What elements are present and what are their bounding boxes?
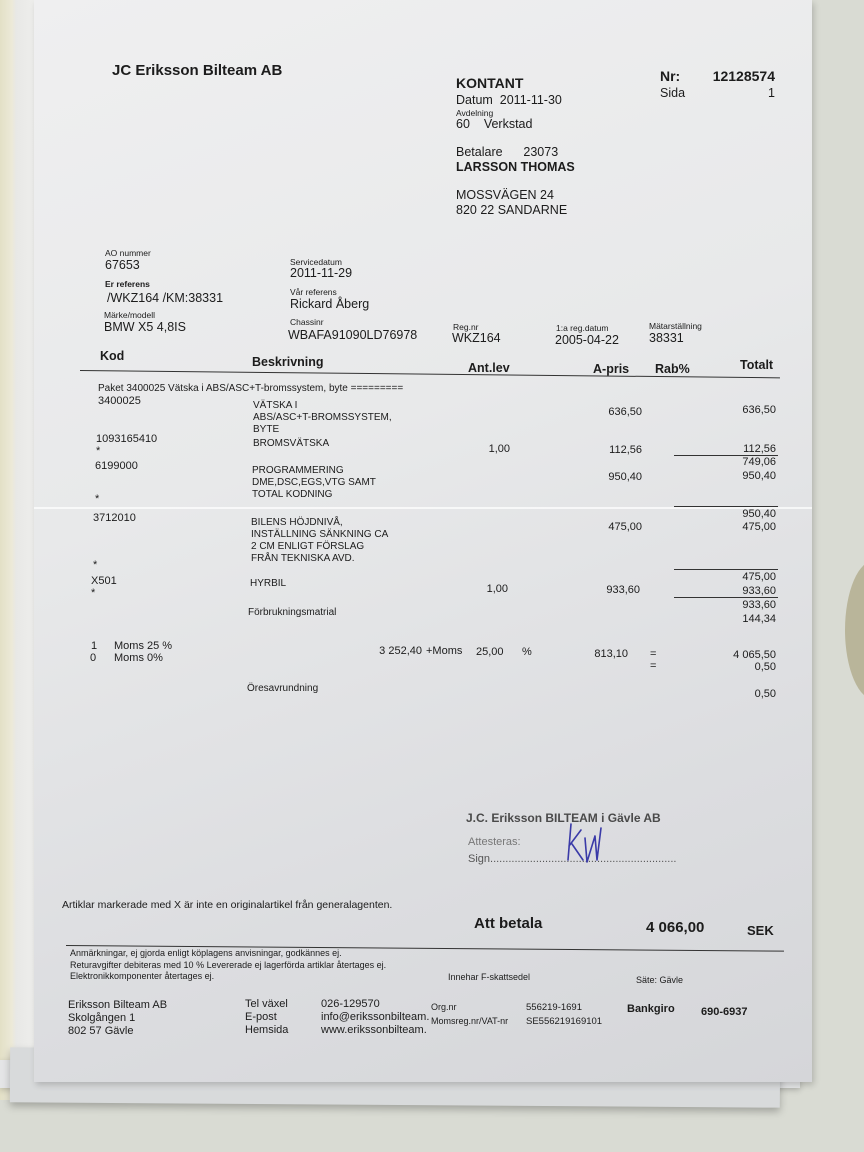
footer-contact-values: 026-129570info@erikssonbilteam.www.eriks…	[321, 998, 429, 1037]
total-label: Att betala	[474, 915, 542, 933]
vat-plus: +Moms	[426, 645, 462, 658]
subtotal-rule	[674, 506, 778, 507]
oresavrundning-label: Öresavrundning	[247, 682, 318, 695]
total-amount: 4 066,00	[646, 919, 704, 937]
signature	[565, 818, 609, 873]
vat-total-2: 0,50	[710, 661, 776, 674]
row-subtotal: 950,40	[710, 508, 776, 521]
row-apris: 636,50	[580, 406, 642, 419]
chassi: WBAFA91090LD76978	[288, 328, 417, 343]
row-totalt: 636,50	[710, 404, 776, 417]
terms-3: Elektronikkomponenter återtages ej.	[70, 971, 214, 982]
datum: Datum 2011-11-30	[456, 93, 562, 108]
row-apris: 933,60	[578, 584, 640, 597]
vat-code-2: 0	[90, 652, 96, 665]
servicedatum: 2011-11-29	[290, 266, 352, 281]
row-mark: *	[96, 445, 100, 458]
row-totalt: 950,40	[710, 470, 776, 483]
address-line-2: 820 22 SANDARNE	[456, 203, 567, 218]
sida: 1	[740, 86, 775, 101]
regnr: WKZ164	[452, 331, 501, 346]
row-mark: *	[95, 493, 99, 506]
vat-nr: SE556219169101	[526, 1016, 602, 1027]
customer-name: LARSSON THOMAS	[456, 160, 575, 175]
er-ref-label: Er referens	[105, 279, 150, 289]
marke: BMW X5 4,8IS	[104, 320, 186, 335]
chassi-label: Chassinr	[290, 317, 324, 327]
bankgiro-label: Bankgiro	[627, 1003, 675, 1016]
col-totalt: Totalt	[740, 358, 773, 373]
row-desc: BROMSVÄTSKA	[253, 438, 329, 450]
oresavrundning: 0,50	[710, 688, 776, 701]
total-currency: SEK	[747, 923, 774, 939]
forbrukning-label: Förbrukningsmatrial	[248, 606, 336, 619]
vat-amount: 813,10	[580, 648, 628, 661]
ao-label: AO nummer	[105, 248, 151, 258]
row-desc: VÄTSKA IABS/ASC+T-BROMSSYSTEM,BYTE	[253, 400, 392, 436]
stamp-attest: Attesteras:	[468, 836, 521, 849]
org-label: Org.nr	[431, 1002, 457, 1013]
invoice-nr-label: Nr:	[660, 68, 680, 85]
row-desc: HYRBIL	[250, 578, 286, 590]
row-mark: *	[91, 587, 95, 600]
row-totalt: 475,00	[710, 521, 776, 534]
row-kod: 3712010	[93, 512, 136, 525]
regdatum: 2005-04-22	[555, 333, 619, 348]
row-kod: 1093165410	[96, 433, 157, 446]
invoice-type: KONTANT	[456, 75, 523, 92]
matar: 38331	[649, 331, 684, 346]
vat-pct: %	[522, 646, 532, 659]
row-kod: 6199000	[95, 460, 138, 473]
var-ref-label: Vår referens	[290, 287, 337, 297]
avdelning: 60 Verkstad	[456, 117, 532, 132]
terms-2: Returavgifter debiteras med 10 % Leverer…	[70, 960, 386, 971]
vat-eq-2: =	[650, 660, 656, 673]
subtotal-rule	[674, 597, 778, 598]
paper-fold	[34, 507, 812, 509]
package-line: Paket 3400025 Vätska i ABS/ASC+T-bromssy…	[98, 382, 403, 395]
vat-rate: 25,00	[476, 646, 504, 659]
row-subtotal: 933,60	[710, 599, 776, 612]
row-apris: 475,00	[580, 521, 642, 534]
row-kod: 3400025	[98, 395, 141, 408]
col-kod: Kod	[100, 349, 124, 364]
sate: Säte: Gävle	[636, 975, 683, 986]
subtotal-rule	[674, 569, 778, 570]
marke-label: Märke/modell	[104, 310, 155, 320]
f-skatt: Innehar F-skattsedel	[448, 972, 530, 983]
row-apris: 950,40	[580, 471, 642, 484]
var-ref: Rickard Åberg	[290, 297, 369, 312]
footer-address: Eriksson Bilteam ABSkolgången 1802 57 Gä…	[68, 999, 167, 1038]
forbrukning: 144,34	[710, 613, 776, 626]
note-x-marked: Artiklar markerade med X är inte en orig…	[62, 899, 392, 912]
vat-base: 3 252,40	[360, 645, 422, 658]
vat-label-2: Moms 0%	[114, 652, 163, 665]
row-mark: *	[93, 559, 97, 572]
footer-contact-labels: Tel växelE-postHemsida	[245, 998, 288, 1037]
background-object	[845, 560, 864, 700]
col-beskrivning: Beskrivning	[252, 355, 324, 370]
terms-1: Anmärkningar, ej gjorda enligt köplagens…	[70, 948, 342, 959]
company-name: JC Eriksson Bilteam AB	[112, 62, 282, 80]
er-ref: /WKZ164 /KM:38331	[107, 291, 223, 306]
row-apris: 112,56	[580, 444, 642, 457]
row-desc: PROGRAMMERINGDME,DSC,EGS,VTG SAMTTOTAL K…	[252, 465, 376, 501]
regdatum-label: 1:a reg.datum	[556, 323, 608, 333]
row-desc: BILENS HÖJDNIVÅ,INSTÄLLNING SÄNKNING CA2…	[251, 517, 388, 565]
row-subtotal: 475,00	[710, 571, 776, 584]
invoice-nr: 12128574	[690, 68, 775, 85]
row-antlev: 1,00	[468, 443, 510, 456]
stamp-company: J.C. Eriksson BILTEAM i Gävle AB	[466, 812, 661, 825]
row-subtotal: 749,06	[710, 456, 776, 469]
sida-label: Sida	[660, 86, 685, 101]
bankgiro: 690-6937	[701, 1006, 748, 1019]
vat-label: Momsreg.nr/VAT-nr	[431, 1016, 508, 1027]
org-nr: 556219-1691	[526, 1002, 582, 1013]
address-line-1: MOSSVÄGEN 24	[456, 188, 554, 203]
col-rab: Rab%	[655, 362, 690, 377]
matar-label: Mätarställning	[649, 321, 702, 331]
ao-number: 67653	[105, 258, 140, 273]
row-antlev: 1,00	[466, 583, 508, 596]
betalare: Betalare 23073	[456, 145, 558, 160]
